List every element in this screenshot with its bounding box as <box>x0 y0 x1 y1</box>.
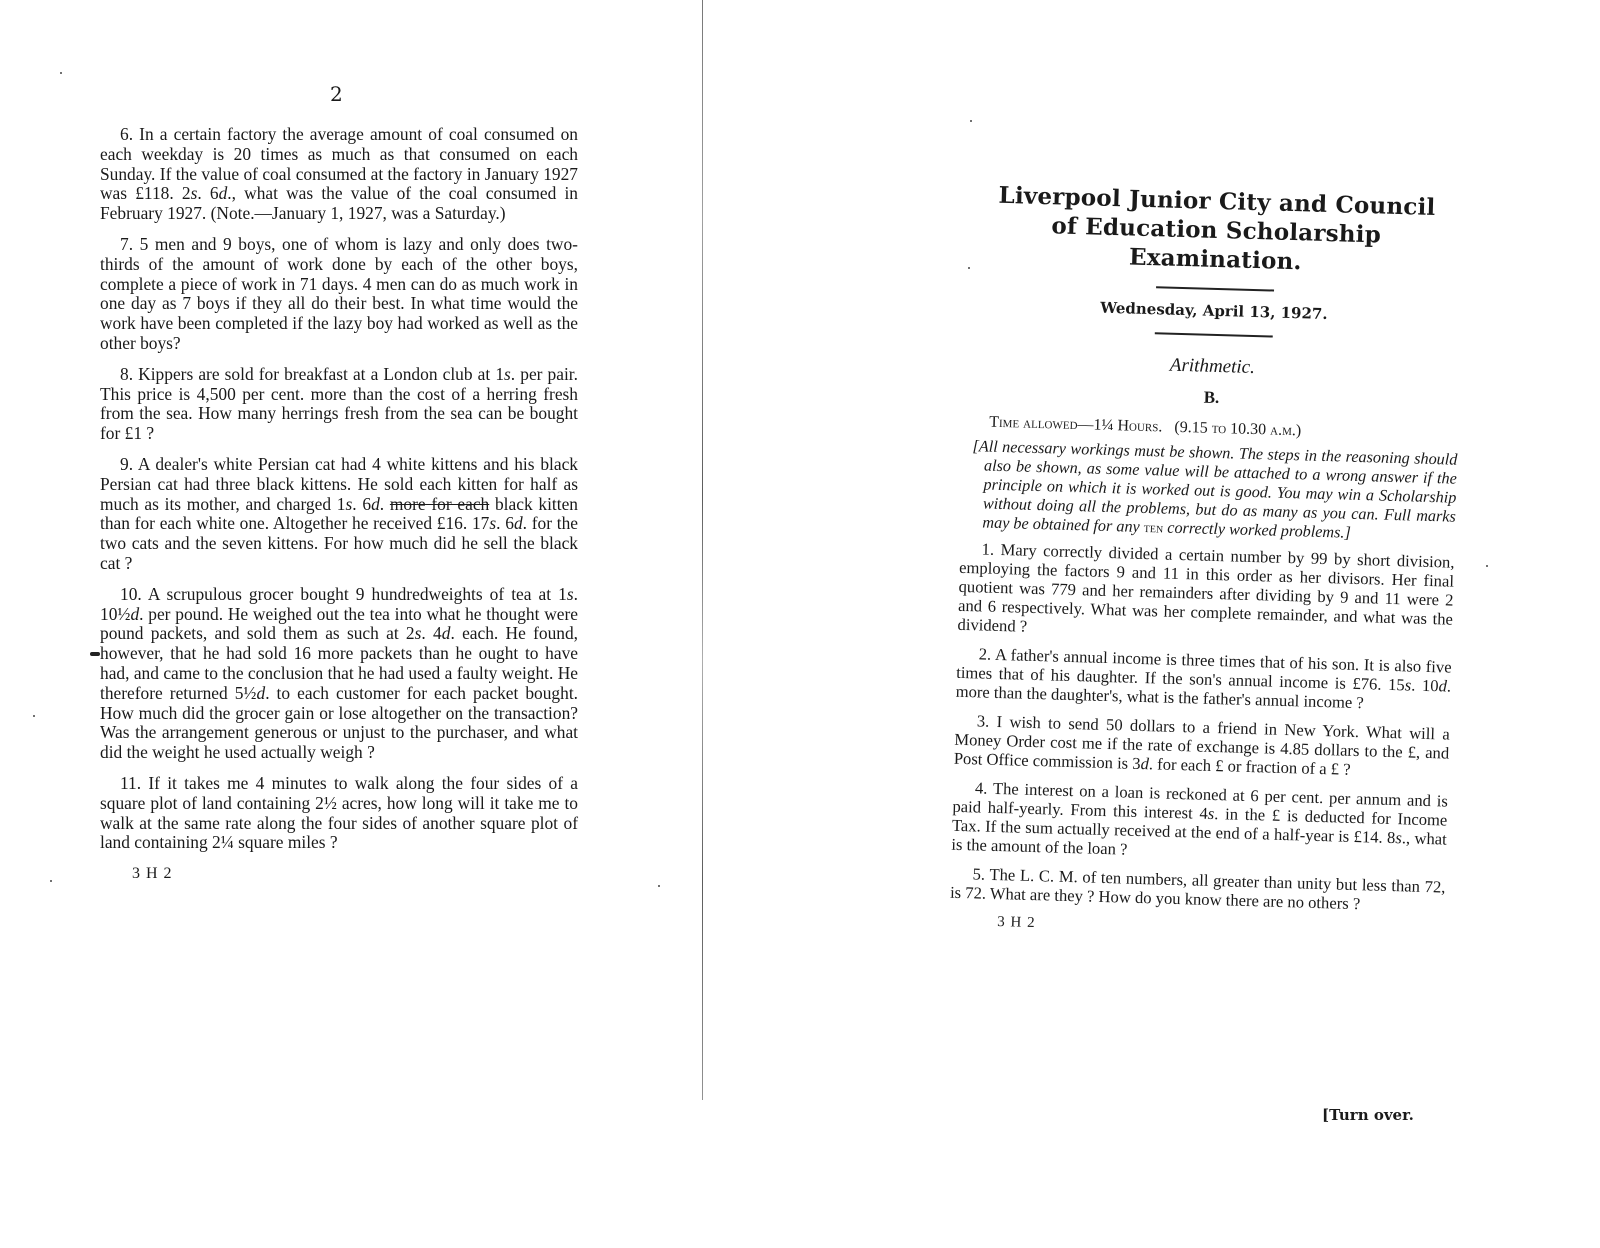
question-text: s <box>567 584 574 604</box>
question-text: d <box>371 494 380 514</box>
question-3: 3. I wish to send 50 dollars to a friend… <box>954 711 1450 782</box>
question-number: 8. <box>120 364 133 384</box>
scan-speck <box>50 880 52 882</box>
instructions: [All necessary workings must be shown. T… <box>960 437 1457 547</box>
question-number: 1. <box>981 539 994 558</box>
question-number: 2. <box>979 644 992 663</box>
question-text: Mary correctly divided a certain number … <box>957 540 1454 636</box>
question-text: d <box>514 513 523 533</box>
scan-speck <box>658 885 660 887</box>
question-text: . 6 <box>496 513 514 533</box>
question-6: 6. In a certain factory the average amou… <box>100 125 578 224</box>
question-5: 5. The L. C. M. of ten numbers, all grea… <box>950 864 1446 916</box>
scan-speck <box>60 72 62 74</box>
paper-letter: B. <box>964 381 1459 415</box>
right-questions: 1. Mary correctly divided a certain numb… <box>949 539 1455 945</box>
left-questions: 6. In a certain factory the average amou… <box>100 125 578 884</box>
question-list: 6. In a certain factory the average amou… <box>100 125 578 853</box>
question-number: 4. <box>975 778 988 797</box>
question-text: A scrupulous grocer bought 9 hundredweig… <box>148 584 567 604</box>
question-4: 4. The interest on a loan is reckoned at… <box>951 778 1448 868</box>
left-page: 2 6. In a certain factory the average am… <box>0 0 700 1248</box>
turn-over-note: [Turn over. <box>1322 1106 1414 1124</box>
question-number: 9. <box>120 454 133 474</box>
question-2: 2. A father's annual income is three tim… <box>955 644 1451 715</box>
question-text: d <box>130 604 139 624</box>
question-number: 11. <box>120 773 141 793</box>
question-text: d <box>256 683 265 703</box>
question-8: 8. Kippers are sold for breakfast at a L… <box>100 365 578 444</box>
time-range: (9.15 to 10.30 a.m.) <box>1174 419 1301 440</box>
instructions-ten: ten <box>1144 521 1164 537</box>
question-number: 7. <box>120 234 133 254</box>
scan-speck <box>968 267 970 269</box>
exam-date: Wednesday, April 13, 1927. <box>966 295 1461 327</box>
question-text: more for each <box>390 494 489 514</box>
question-text: 5 men and 9 boys, one of whom is lazy an… <box>100 234 578 353</box>
paper-code: 3 H 2 <box>132 864 578 884</box>
scan-speck <box>33 715 35 717</box>
time-allowed-label: Time allowed—1¼ Hours. <box>989 414 1163 436</box>
question-number: 6. <box>120 124 133 144</box>
question-number: 10. <box>120 584 142 604</box>
question-9: 9. A dealer's white Persian cat had 4 wh… <box>100 455 578 574</box>
question-list: 1. Mary correctly divided a certain numb… <box>950 539 1455 916</box>
question-text: . 6 <box>352 494 371 514</box>
question-text: If it takes me 4 minutes to walk along t… <box>100 773 578 852</box>
question-text: . <box>380 494 390 514</box>
question-text: . 6 <box>197 183 218 203</box>
instructions-text-end: correctly worked problems.] <box>1163 519 1351 542</box>
page-number: 2 <box>330 82 343 106</box>
question-10: 10. A scrupulous grocer bought 9 hundred… <box>100 585 578 763</box>
scan-speck <box>970 120 972 122</box>
scan-speck <box>1486 565 1488 567</box>
question-number: 5. <box>972 864 985 883</box>
question-1: 1. Mary correctly divided a certain numb… <box>957 539 1454 648</box>
question-text: d <box>219 183 228 203</box>
question-text: . 4 <box>421 623 441 643</box>
question-text: Kippers are sold for breakfast at a Lond… <box>138 364 504 384</box>
question-text: . 10 <box>1411 676 1439 696</box>
question-text: s <box>504 364 511 384</box>
question-number: 3. <box>977 711 990 730</box>
divider <box>1156 286 1274 291</box>
question-11: 11. If it takes me 4 minutes to walk alo… <box>100 774 578 853</box>
question-text: The L. C. M. of ten numbers, all greater… <box>950 865 1446 913</box>
divider <box>1154 332 1272 337</box>
exam-subject: Arithmetic. <box>965 349 1460 385</box>
margin-mark <box>90 652 100 656</box>
question-7: 7. 5 men and 9 boys, one of whom is lazy… <box>100 235 578 354</box>
exam-cover: Liverpool Junior City and Council of Edu… <box>949 180 1465 945</box>
exam-title: Liverpool Junior City and Council of Edu… <box>968 180 1465 281</box>
